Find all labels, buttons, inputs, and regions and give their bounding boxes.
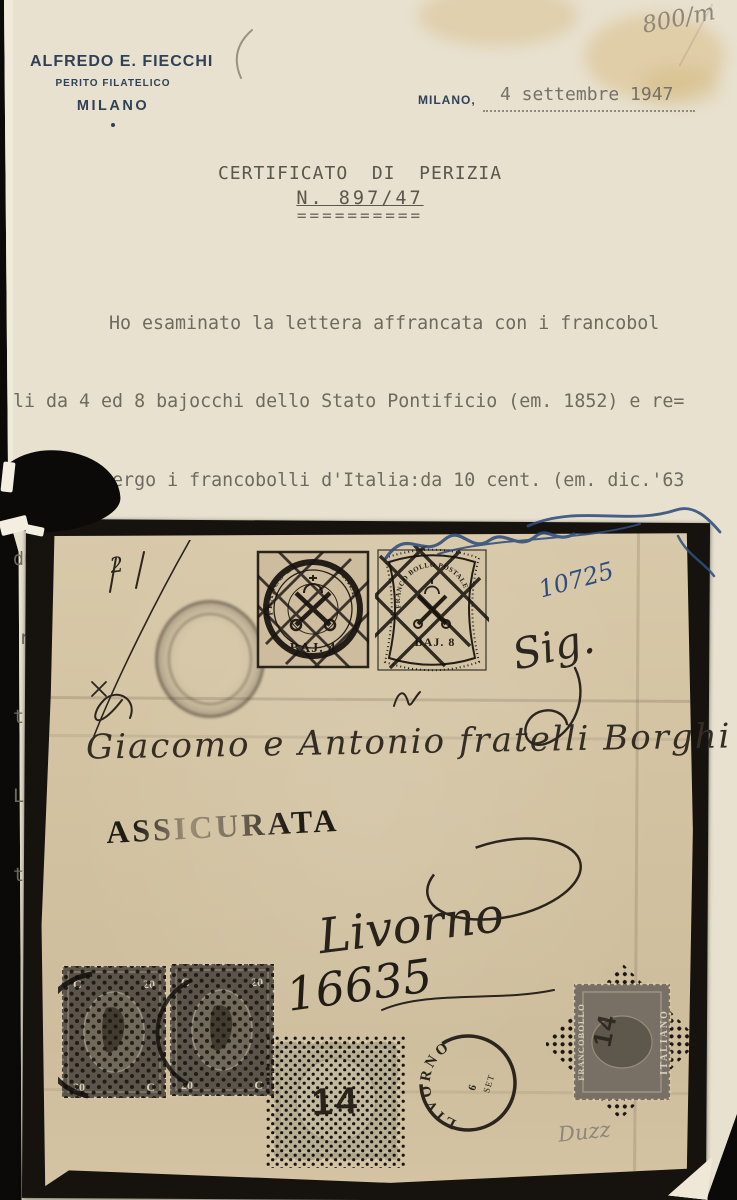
- overprint-stamp-left: C 20 20 C: [58, 966, 166, 1098]
- rotated-italian-stamp: FRANCOBOLLO ITALIANO 14: [546, 962, 698, 1122]
- stamp-side-text: ITALIANO: [659, 1009, 670, 1075]
- certificate-underline: ==========: [140, 206, 580, 225]
- overprint-pair-stamps: C 20 20 C C 20 20 C: [58, 958, 284, 1108]
- small-ink-mark: [386, 678, 430, 718]
- dateline-typed-date: 4 settembre 1947: [500, 84, 673, 105]
- svg-text:LIVORNO: LIVORNO: [412, 1034, 480, 1133]
- cds-month: SET: [481, 1073, 496, 1094]
- scanned-certificate-page: ALFREDO E. FIECCHI PERITO FILATELICO MIL…: [0, 0, 737, 1200]
- body-line: cante a tergo i francobolli d'Italia:da …: [13, 468, 733, 494]
- certificate-title: CERTIFICATO DI PERIZIA: [140, 163, 580, 184]
- flourish-loop: [418, 833, 594, 929]
- salutation-flourish: [505, 662, 605, 762]
- dateline-place-label: MILANO,: [418, 93, 476, 107]
- body-line: li da 4 ed 8 bajocchi dello Stato Pontif…: [13, 389, 733, 415]
- light-stamp-numeral-cancel: 14: [266, 1036, 406, 1168]
- cds-town: LIVORNO: [412, 1034, 480, 1133]
- numeral-cancel-value: 14: [311, 1080, 361, 1124]
- overprint-stamp-right: C 20 20 C: [158, 964, 274, 1096]
- letterhead-profession: PERITO FILATELICO: [30, 78, 196, 89]
- dotted-cancel: [62, 966, 166, 1098]
- cds-day: 6: [466, 1083, 479, 1092]
- livorno-cds: LIVORNO 6 SET: [412, 1020, 524, 1146]
- body-line: Ho esaminato la lettera affrancata con i…: [13, 311, 733, 337]
- letterhead-city: MILANO: [30, 98, 196, 114]
- papal-4baj-stamp: FRANCO BOLLO POSTALE BAJ. 4: [256, 549, 371, 671]
- pencil-stroke: [228, 26, 262, 84]
- manuscript-rate-marks: [86, 540, 198, 752]
- letterhead-dot: [111, 123, 115, 127]
- destination-underline-flourish: [378, 986, 562, 1016]
- certificate-title-block: CERTIFICATO DI PERIZIA N. 897/47 =======…: [140, 163, 580, 225]
- letterhead-name: ALFREDO E. FIECCHI: [30, 53, 196, 71]
- stamp-top-text: FRANCOBOLLO: [576, 1003, 586, 1081]
- letterhead: ALFREDO E. FIECCHI PERITO FILATELICO MIL…: [30, 53, 196, 127]
